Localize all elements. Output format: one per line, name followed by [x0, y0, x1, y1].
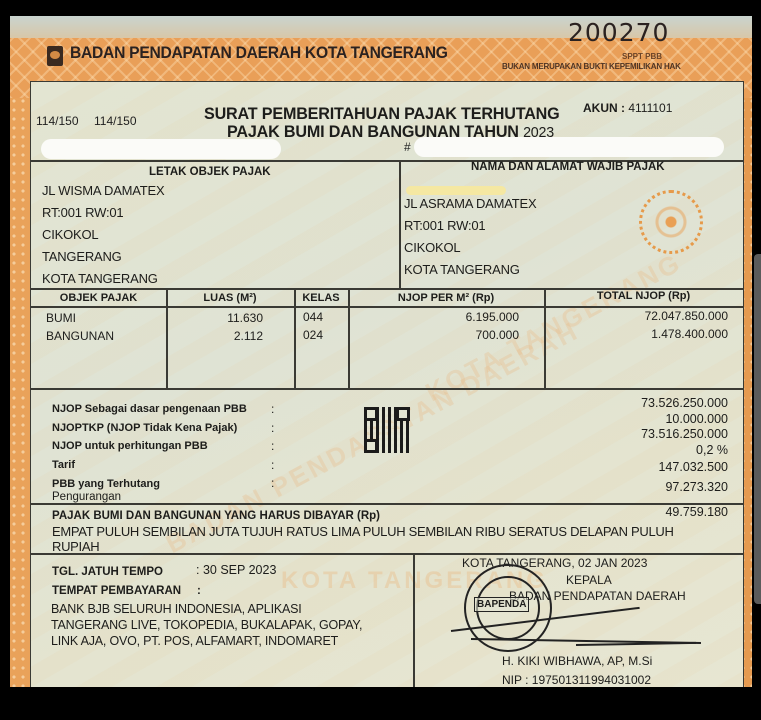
summary-labels: NJOP Sebagai dasar pengenaan PBB NJOPTKP…	[52, 400, 247, 503]
object-name: BUMI	[46, 309, 114, 327]
divider	[413, 553, 415, 687]
njop-per-m2-value: 700.000	[361, 326, 519, 344]
stamp-text: BAPENDA	[474, 597, 529, 612]
taxpayer-heading: NAMA DAN ALAMAT WAJIB PAJAK	[471, 161, 665, 173]
divider	[399, 160, 401, 290]
colon: :	[271, 400, 274, 419]
sequence-right: 114/150	[94, 114, 137, 128]
summary-label: Tarif	[52, 456, 247, 475]
ownership-disclaimer: BUKAN MERUPAKAN BUKTI KEPEMILIKAN HAK	[502, 62, 681, 71]
account-value: 4111101	[628, 101, 672, 115]
object-name: BANGUNAN	[46, 327, 114, 345]
column-header-class: KELAS	[294, 292, 348, 304]
payment-place: LINK AJA, OVO, PT. POS, ALFAMART, INDOMA…	[51, 633, 362, 649]
signer-name: H. KIKI WIBHAWA, AP, M.Si	[502, 654, 652, 669]
summary-value: 147.032.500	[571, 459, 728, 476]
payable-amount: 49.759.180	[571, 504, 728, 521]
payable-label: PAJAK BUMI DAN BANGUNAN YANG HARUS DIBAY…	[52, 510, 380, 522]
address-line: JL WISMA DAMATEX	[42, 180, 164, 202]
address-line: KOTA TANGERANG	[404, 259, 536, 281]
redacted-taxpayer-id	[414, 137, 724, 157]
due-date-label: TGL. JATUH TEMPO	[52, 563, 163, 581]
payment-place: TANGERANG LIVE, TOKOPEDIA, BUKALAPAK, GO…	[51, 617, 362, 633]
signer-nip: NIP : 197501311994031002	[502, 673, 651, 687]
summary-label: Pengurangan	[52, 492, 247, 503]
summary-label: NJOP untuk perhitungan PBB	[52, 437, 247, 456]
summary-value: 0,2 %	[571, 442, 728, 459]
summary-value: 73.526.250.000	[571, 395, 728, 412]
payment-place-label: TEMPAT PEMBAYARAN	[52, 582, 181, 600]
amount-in-words: EMPAT PULUH SEMBILAN JUTA TUJUH RATUS LI…	[52, 524, 674, 539]
payment-place-colon: :	[197, 582, 201, 600]
document-type: SPPT PBB	[622, 52, 662, 61]
column-header-area: LUAS (M²)	[166, 292, 294, 304]
table-row: BUMI BANGUNAN	[46, 309, 114, 345]
colon: :	[271, 419, 274, 438]
colon: :	[271, 456, 274, 475]
sequence-left: 114/150	[36, 114, 79, 128]
account-number: AKUN : 4111101	[583, 101, 672, 115]
signature-stroke	[576, 642, 696, 646]
area-value: 2.112	[171, 327, 263, 345]
summary-values: 73.526.250.000 10.000.000 73.516.250.000…	[571, 395, 728, 496]
signer-position: KEPALA	[566, 573, 612, 588]
address-line: RT:001 RW:01	[404, 215, 536, 237]
payment-places: BANK BJB SELURUH INDONESIA, APLIKASI TAN…	[51, 601, 362, 649]
summary-value: 73.516.250.000	[571, 426, 728, 443]
organization-name: BADAN PENDAPATAN DAERAH KOTA TANGERANG	[70, 43, 448, 63]
redacted-nop	[41, 139, 281, 159]
total-njop-value: 1.478.400.000	[551, 325, 728, 343]
account-label: AKUN :	[583, 101, 625, 115]
document-title: SURAT PEMBERITAHUAN PAJAK TERHUTANG	[204, 104, 560, 124]
city-emblem-icon	[47, 46, 63, 66]
summary-label: NJOP Sebagai dasar pengenaan PBB	[52, 400, 247, 419]
object-location-heading: LETAK OBJEK PAJAK	[149, 166, 271, 178]
address-line: CIKOKOL	[404, 237, 536, 259]
scrollbar[interactable]	[754, 254, 761, 604]
address-line: JL ASRAMA DAMATEX	[404, 193, 536, 215]
due-date-value: : 30 SEP 2023	[196, 563, 276, 577]
njop-per-m2-value: 6.195.000	[361, 308, 519, 326]
summary-value: 97.273.320	[571, 479, 728, 496]
qr-code-icon[interactable]	[364, 407, 410, 453]
colon: :	[271, 474, 274, 493]
summary-label: PBB yang Terhutang	[52, 477, 247, 492]
address-line: RT:001 RW:01	[42, 202, 164, 224]
class-column: 044 024	[303, 308, 323, 344]
summary-colons: : : : : :	[271, 400, 274, 493]
summary-label: NJOPTKP (NJOP Tidak Kena Pajak)	[52, 419, 247, 438]
total-njop-column: 72.047.850.000 1.478.400.000	[551, 307, 728, 343]
area-column: 11.630 2.112	[171, 309, 263, 345]
total-njop-value: 72.047.850.000	[551, 307, 728, 325]
tax-form: BADAN PENDAPATAN DAERAH KOTA TANGERANG K…	[30, 81, 744, 687]
amount-in-words: RUPIAH	[52, 539, 99, 554]
column-header-njop-per-m2: NJOP PER M² (Rp)	[348, 292, 544, 304]
payment-place: BANK BJB SELURUH INDONESIA, APLIKASI	[51, 601, 362, 617]
taxpayer-address: JL ASRAMA DAMATEX RT:001 RW:01 CIKOKOL K…	[404, 193, 536, 281]
divider	[31, 553, 743, 555]
summary-value: 10.000.000	[571, 412, 728, 426]
address-line: KOTA TANGERANG	[42, 268, 164, 290]
nop-prefix: #	[404, 140, 411, 154]
address-line: TANGERANG	[42, 246, 164, 268]
sppt-document: BADAN PENDAPATAN DAERAH KOTA TANGERANG 2…	[10, 16, 752, 687]
divider	[31, 388, 743, 390]
address-line: CIKOKOL	[42, 224, 164, 246]
mandala-seal-icon	[639, 190, 703, 254]
column-header-object: OBJEK PAJAK	[31, 292, 166, 304]
colon: :	[271, 437, 274, 456]
njop-per-m2-column: 6.195.000 700.000	[361, 308, 519, 344]
document-number: 200270	[568, 18, 669, 47]
class-value: 024	[303, 326, 323, 344]
area-value: 11.630	[171, 309, 263, 327]
class-value: 044	[303, 308, 323, 326]
column-header-total-njop: TOTAL NJOP (Rp)	[544, 290, 743, 302]
object-location-address: JL WISMA DAMATEX RT:001 RW:01 CIKOKOL TA…	[42, 180, 164, 290]
divider	[544, 288, 546, 388]
